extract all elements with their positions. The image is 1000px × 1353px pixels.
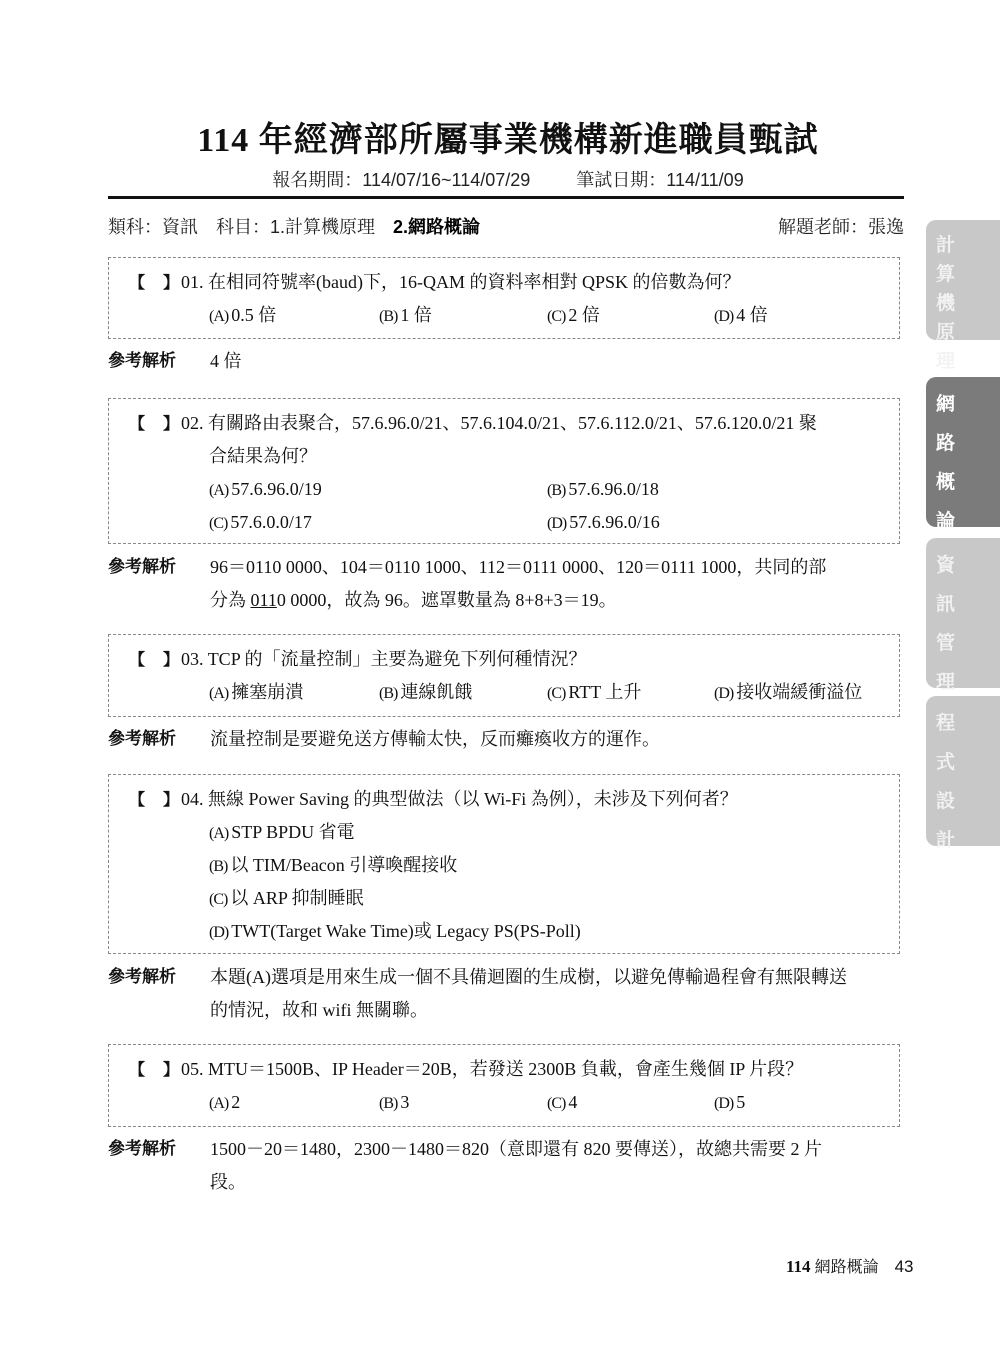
question-box-01: 【 】 01. 在相同符號率(baud)下，16-QAM 的資料率相對 QPSK… [108,257,900,339]
question-stem: 有關路由表聚合，57.6.96.0/21、57.6.104.0/21、57.6.… [208,413,817,433]
option-label: (B) [379,685,397,702]
tab-char: 計 [936,825,955,852]
option-d: (D)4 倍 [714,299,768,333]
tab-char: 機 [936,288,955,315]
underlined-bits: 011 [251,590,277,610]
tab-networking[interactable]: 網 路 概 論 [926,377,1000,527]
option-b: (B)3 [379,1086,409,1120]
option-a: (A)STP BPDU 省電 [209,816,355,850]
option-label: (A) [209,308,228,325]
tab-char: 計 [936,230,955,257]
exam-dates: 報名期間：114/07/16~114/07/29筆試日期：114/11/09 [108,166,908,192]
tab-information-management[interactable]: 資 訊 管 理 [926,538,1000,688]
subject-current: 2.網路概論 [393,217,480,237]
registration-period: 報名期間：114/07/16~114/07/29 [272,170,530,190]
answer-bracket-left[interactable]: 【 [129,266,145,299]
tab-computer-principles[interactable]: 計 算 機 原 理 [926,220,1000,340]
tab-char: 程 [936,708,955,735]
option-c: (C)RTT 上升 [547,676,641,710]
option-label: (C) [209,515,227,532]
category-label: 類科：資訊 [108,217,198,237]
answer-text: 96＝0110 0000、104＝0110 1000、112＝0111 0000… [210,551,906,617]
exam-date: 筆試日期：114/11/09 [576,170,743,190]
option-text: 5 [736,1092,745,1112]
tab-char: 路 [936,428,955,455]
question-number: 03. [181,649,204,669]
answer-fragment: 分為 [210,590,251,610]
question-number: 05. [181,1059,204,1079]
option-text: 3 [400,1092,409,1112]
option-text: RTT 上升 [568,682,641,702]
option-label: (C) [209,891,227,908]
question-stem: TCP 的「流量控制」主要為避免下列何種情況？ [208,649,587,669]
question-number: 04. [181,789,204,809]
page-number: 43 [895,1257,914,1276]
option-a: (A)擁塞崩潰 [209,676,303,710]
option-c: (C)2 倍 [547,299,600,333]
option-label: (A) [209,825,228,842]
option-a: (A)2 [209,1086,240,1120]
question-stem: 無線 Power Saving 的典型做法（以 Wi-Fi 為例），未涉及下列何… [208,789,738,809]
option-label: (D) [547,515,566,532]
option-label: (A) [209,685,228,702]
option-c: (C)57.6.0.0/17 [209,506,312,540]
question-text: 04. 無線 Power Saving 的典型做法（以 Wi-Fi 為例），未涉… [181,783,738,816]
option-b: (B)1 倍 [379,299,432,333]
option-text: 擁塞崩潰 [231,682,303,702]
tab-char: 理 [936,667,955,694]
option-b: (B)57.6.96.0/18 [547,473,659,507]
option-d: (D)接收端緩衝溢位 [714,676,862,710]
answer-line: 分為 0110 0000，故為 96。遮罩數量為 8+8+3＝19。 [210,584,906,617]
answer-bracket-right: 】 [163,266,179,299]
option-label: (B) [379,308,397,325]
question-box-04: 【 】 04. 無線 Power Saving 的典型做法（以 Wi-Fi 為例… [108,774,900,954]
option-label: (B) [209,858,227,875]
teacher-label: 解題老師：張逸 [778,213,904,239]
question-number: 01. [181,272,204,292]
option-text: TWT(Target Wake Time)或 Legacy PS(PS-Poll… [231,921,581,941]
answer-bracket-right: 】 [163,643,179,676]
tab-char: 原 [936,317,955,344]
option-text: 57.6.0.0/17 [230,512,312,532]
footer-year: 114 [786,1257,811,1276]
question-box-05: 【 】 05. MTU＝1500B、IP Header＝20B，若發送 2300… [108,1044,900,1127]
question-stem: MTU＝1500B、IP Header＝20B，若發送 2300B 負載，會產生… [208,1059,803,1079]
answer-text: 1500－20＝1480，2300－1480＝820（意即還有 820 要傳送）… [210,1133,906,1199]
tab-char: 資 [936,550,955,577]
answer-text: 本題(A)選項是用來生成一個不具備迴圈的生成樹，以避免傳輸過程會有無限轉送 的情… [210,961,906,1027]
option-label: (B) [547,482,565,499]
tab-char: 論 [936,506,955,533]
exam-page: 114 年經濟部所屬事業機構新進職員甄試 報名期間：114/07/16~114/… [0,0,1000,1353]
option-text: 4 倍 [736,305,768,325]
option-text: 2 倍 [568,305,600,325]
option-text: 連線飢餓 [400,682,472,702]
answer-line: 1500－20＝1480，2300－1480＝820（意即還有 820 要傳送）… [210,1133,906,1166]
question-box-02: 【 】 02. 有關路由表聚合，57.6.96.0/21、57.6.104.0/… [108,398,900,544]
option-label: (C) [547,308,565,325]
option-text: 以 ARP 抑制睡眠 [230,888,363,908]
answer-bracket-left[interactable]: 【 [129,783,145,816]
answer-04: 參考解析 本題(A)選項是用來生成一個不具備迴圈的生成樹，以避免傳輸過程會有無限… [108,961,908,1027]
tab-char: 設 [936,786,955,813]
answer-bracket-right: 】 [163,1053,179,1086]
option-b: (B)連線飢餓 [379,676,472,710]
answer-03: 參考解析 流量控制是要避免送方傳輸太快，反而癱瘓收方的運作。 [108,723,908,756]
option-text: 2 [231,1092,240,1112]
subject-prefix: 科目：1.計算機原理 [216,217,375,237]
question-text: 01. 在相同符號率(baud)下，16-QAM 的資料率相對 QPSK 的倍數… [181,266,741,299]
answer-bracket-left[interactable]: 【 [129,1053,145,1086]
footer-subject: 網路概論 [815,1257,879,1276]
option-label: (C) [547,685,565,702]
option-text: 57.6.96.0/16 [569,512,660,532]
option-c: (C)以 ARP 抑制睡眠 [209,882,364,916]
answer-text: 4 倍 [210,345,906,378]
answer-bracket-left[interactable]: 【 [129,407,145,440]
option-text: 0.5 倍 [231,305,276,325]
tab-char: 管 [936,628,955,655]
option-label: (B) [379,1095,397,1112]
subject-info: 類科：資訊科目：1.計算機原理2.網路概論 [108,213,480,239]
answer-label: 參考解析 [108,723,176,756]
question-text: 02. 有關路由表聚合，57.6.96.0/21、57.6.104.0/21、5… [181,407,817,440]
tab-char: 概 [936,467,955,494]
option-text: 57.6.96.0/18 [568,479,659,499]
answer-01: 參考解析 4 倍 [108,345,908,378]
subject-row: 類科：資訊科目：1.計算機原理2.網路概論 解題老師：張逸 [108,213,904,239]
answer-text: 流量控制是要避免送方傳輸太快，反而癱瘓收方的運作。 [210,723,906,756]
option-label: (C) [547,1095,565,1112]
page-title: 114 年經濟部所屬事業機構新進職員甄試 [108,112,908,161]
tab-char: 式 [936,747,955,774]
option-text: STP BPDU 省電 [231,822,354,842]
page-footer: 114網路概論43 [786,1254,914,1277]
option-a: (A)57.6.96.0/19 [209,473,322,507]
option-label: (D) [209,924,228,941]
option-d: (D)57.6.96.0/16 [547,506,660,540]
tab-programming[interactable]: 程 式 設 計 [926,696,1000,846]
answer-bracket-right: 】 [163,407,179,440]
option-text: 4 [568,1092,577,1112]
option-text: 以 TIM/Beacon 引導喚醒接收 [230,855,457,875]
answer-line: 的情況，故和 wifi 無關聯。 [210,994,906,1027]
tab-char: 算 [936,259,955,286]
option-label: (D) [714,685,733,702]
answer-label: 參考解析 [108,1133,176,1166]
answer-bracket-left[interactable]: 【 [129,643,145,676]
answer-fragment: 0 0000，故為 96。遮罩數量為 8+8+3＝19。 [277,590,617,610]
option-d: (D)TWT(Target Wake Time)或 Legacy PS(PS-P… [209,915,581,949]
option-label: (A) [209,482,228,499]
option-a: (A)0.5 倍 [209,299,276,333]
header-divider [108,196,904,199]
answer-line: 96＝0110 0000、104＝0110 1000、112＝0111 0000… [210,551,906,584]
option-label: (D) [714,1095,733,1112]
option-label: (D) [714,308,733,325]
option-text: 57.6.96.0/19 [231,479,322,499]
tab-char: 訊 [936,589,955,616]
option-text: 接收端緩衝溢位 [736,682,862,702]
option-text: 1 倍 [400,305,432,325]
answer-label: 參考解析 [108,551,176,584]
tab-char: 理 [936,346,955,373]
option-c: (C)4 [547,1086,577,1120]
answer-line: 段。 [210,1166,906,1199]
answer-05: 參考解析 1500－20＝1480，2300－1480＝820（意即還有 820… [108,1133,908,1199]
question-box-03: 【 】 03. TCP 的「流量控制」主要為避免下列何種情況？ (A)擁塞崩潰 … [108,634,900,717]
question-number: 02. [181,413,204,433]
answer-line: 本題(A)選項是用來生成一個不具備迴圈的生成樹，以避免傳輸過程會有無限轉送 [210,961,906,994]
tab-char: 網 [936,389,955,416]
question-text: 03. TCP 的「流量控制」主要為避免下列何種情況？ [181,643,587,676]
question-text: 05. MTU＝1500B、IP Header＝20B，若發送 2300B 負載… [181,1053,803,1086]
question-stem: 在相同符號率(baud)下，16-QAM 的資料率相對 QPSK 的倍數為何？ [208,272,741,292]
option-b: (B)以 TIM/Beacon 引導喚醒接收 [209,849,457,883]
answer-bracket-right: 】 [163,783,179,816]
option-d: (D)5 [714,1086,745,1120]
option-label: (A) [209,1095,228,1112]
question-stem-continued: 合結果為何？ [209,440,317,473]
answer-label: 參考解析 [108,345,176,378]
answer-02: 參考解析 96＝0110 0000、104＝0110 1000、112＝0111… [108,551,908,617]
answer-label: 參考解析 [108,961,176,994]
